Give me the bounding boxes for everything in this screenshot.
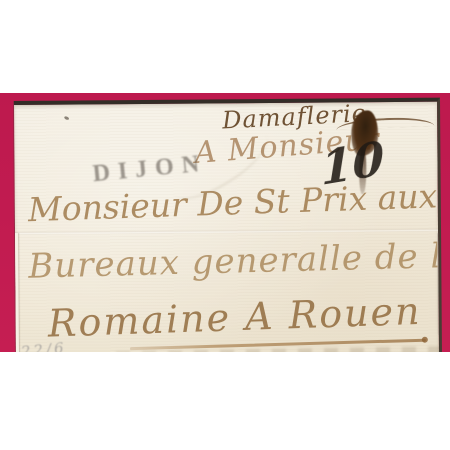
address-line-3: Romaine A Rouen bbox=[47, 289, 422, 346]
letter-sheet: Damaflerie A Monsieur 10 DIJON Monsieur … bbox=[14, 98, 442, 352]
right-paper-edge bbox=[437, 232, 442, 337]
left-fold-edge bbox=[14, 233, 19, 352]
ink-speck bbox=[64, 116, 70, 121]
letter-photo: Damaflerie A Monsieur 10 DIJON Monsieur … bbox=[0, 93, 450, 352]
address-line-2: Bureaux generalle de la bbox=[28, 236, 442, 287]
address-line-1: Monsieur De St Prix aux bbox=[27, 176, 438, 229]
page-background: Damaflerie A Monsieur 10 DIJON Monsieur … bbox=[0, 0, 450, 450]
pencil-note: 22/6 bbox=[20, 339, 67, 352]
fold-crease bbox=[15, 229, 438, 235]
